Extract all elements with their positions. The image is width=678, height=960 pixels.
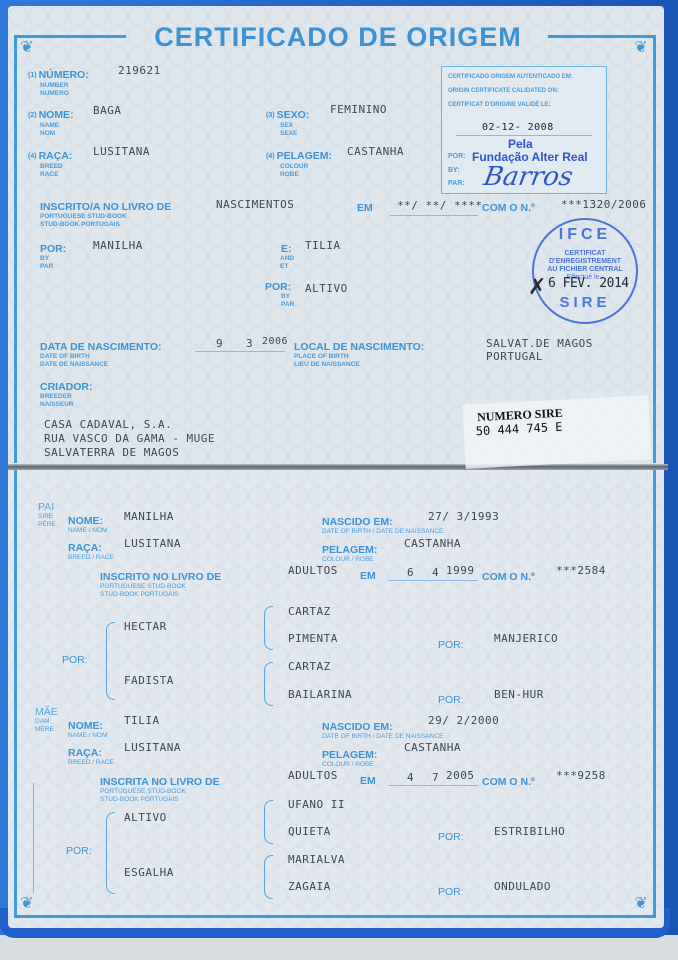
nome-sublabel: NAMENOM xyxy=(40,122,59,137)
mae-nascido-sublabel: DATE OF BIRTH / DATE DE NAISSANCE xyxy=(322,733,443,741)
sublabel-text: PORTUGUESE STUD-BOOK xyxy=(100,583,186,590)
mae-sire-sire-value: UFANO II xyxy=(288,798,345,811)
numero-value: 219621 xyxy=(118,64,161,77)
ornament-corner-icon: ❦ xyxy=(630,37,652,59)
auth-por-label: POR: xyxy=(448,153,466,160)
pai-sublabel: SIREPÈRE xyxy=(38,513,56,528)
numero-label: (1)NÚMERO: xyxy=(28,70,89,81)
frame-line xyxy=(14,35,17,463)
auth-date: 02-12- 2008 xyxy=(482,122,554,133)
date-underline xyxy=(390,215,478,216)
pelagem-sublabel: COLOURROBE xyxy=(280,163,308,178)
breeder-line: CASA CADAVAL, S.A. xyxy=(44,418,172,431)
mae-nascido-label: NASCIDO EM: xyxy=(322,722,393,733)
por-label: POR: xyxy=(40,244,66,255)
mae-inscrito-label: INSCRITA NO LIVRO DE xyxy=(100,777,220,788)
inscrito-sublabel: PORTUGUESE STUD-BOOKSTUD-BOOK PORTUGAIS xyxy=(40,213,127,228)
dam-value: TILIA xyxy=(305,239,341,252)
pai-com-value: ***2584 xyxy=(556,564,606,577)
birthplace-sublabel: PLACE OF BIRTHLIEU DE NAISSANCE xyxy=(294,353,360,368)
mae-em-year: 2005 xyxy=(446,769,475,782)
date-underline xyxy=(195,351,285,352)
ornament-corner-icon: ❦ xyxy=(630,893,652,915)
raca-value: LUSITANA xyxy=(93,145,150,158)
mae-sire-dam-value: QUIETA xyxy=(288,825,331,838)
pai-raca-sublabel: BREED / RACE xyxy=(68,554,114,562)
pai-em-day: 6 xyxy=(407,566,414,579)
field-number: (1) xyxy=(28,72,37,79)
mae-em-month: 7 xyxy=(432,771,439,784)
sexo-value: FEMININO xyxy=(330,103,387,116)
pai-sire-dam-value: PIMENTA xyxy=(288,632,338,645)
sublabel-text: SIRE xyxy=(38,513,53,520)
pai-nome-sublabel: NAME / NOM xyxy=(68,527,107,535)
sexo-sublabel: SEXSEXE xyxy=(280,122,297,137)
date-underline xyxy=(456,135,592,136)
pai-nascido-label: NASCIDO EM: xyxy=(322,517,393,528)
pai-pelagem-value: CASTANHA xyxy=(404,537,461,550)
auth-par-label: PAR: xyxy=(448,180,465,187)
sublabel-text: BREEDER xyxy=(40,393,72,400)
sublabel-text: NOM xyxy=(40,130,55,137)
birthplace-label: LOCAL DE NASCIMENTO: xyxy=(294,342,424,353)
pai-com-label: COM O N.º xyxy=(482,572,535,583)
birthplace-line: SALVAT.DE MAGOS xyxy=(486,337,593,350)
mae-sire-dam-por-label: POR: xyxy=(438,832,464,843)
inscrito-em-label: EM xyxy=(357,203,373,214)
frame-line xyxy=(14,470,17,918)
mae-pelagem-label: PELAGEM: xyxy=(322,750,377,761)
pedigree-bracket xyxy=(264,800,273,844)
pai-nome-value: MANILHA xyxy=(124,510,174,523)
breeder-line: SALVATERRA DE MAGOS xyxy=(44,446,179,459)
mae-nascido-value: 29/ 2/2000 xyxy=(428,714,499,727)
auth-by-label: BY: xyxy=(448,167,460,174)
auth-line: CERTIFICADO ORIGEM AUTENTICADO EM: xyxy=(448,74,573,80)
field-number: (4) xyxy=(266,153,275,160)
label-text: SEXO: xyxy=(277,109,310,121)
pelagem-value: CASTANHA xyxy=(347,145,404,158)
sublabel-text: PAR xyxy=(281,301,294,308)
pai-heading: PAI xyxy=(38,502,54,513)
pai-dam-dam-por-label: POR: xyxy=(438,695,464,706)
raca-sublabel: BREEDRACE xyxy=(40,163,63,178)
pai-sire-value: HECTAR xyxy=(124,620,167,633)
auth-line: ORIGIN CERTIFICATE CALIDATED ON: xyxy=(448,88,559,94)
sublabel-text: SEXE xyxy=(280,130,297,137)
sublabel-text: NAISSEUR xyxy=(40,401,74,408)
mae-inscrito-sublabel: PORTUGUESE STUD-BOOKSTUD-BOOK PORTUGAIS xyxy=(100,788,186,803)
mae-por-label: POR: xyxy=(66,846,92,857)
sublabel-text: RACE xyxy=(40,171,58,178)
por2-sublabel: BYPAR xyxy=(281,293,294,308)
inscrito-label: INSCRITO/A NO LIVRO DE xyxy=(40,202,171,213)
nome-label: (2)NOME: xyxy=(28,110,74,121)
inscrito-com-label: COM O N.º xyxy=(482,203,535,214)
sublabel-text: STUD-BOOK PORTUGAIS xyxy=(40,221,120,228)
pai-em-year: 1999 xyxy=(446,564,475,577)
sublabel-text: PLACE OF BIRTH xyxy=(294,353,349,360)
breeder-label: CRIADOR: xyxy=(40,382,93,393)
ornament-corner-icon: ❦ xyxy=(16,893,38,915)
birth-month: 3 xyxy=(246,337,253,350)
nome-value: BAGA xyxy=(93,104,122,117)
por-sublabel: BYPAR xyxy=(40,255,53,270)
ifce-stamp-bottom: SIRE xyxy=(534,294,636,311)
date-underline xyxy=(388,580,478,581)
mae-pelagem-sublabel: COLOUR / ROBE xyxy=(322,761,374,769)
sublabel-text: COLOUR xyxy=(280,163,308,170)
inscrito-em-value: **/ **/ **** xyxy=(397,199,482,212)
document-title: CERTIFICADO DE ORIGEM xyxy=(128,22,548,53)
sublabel-text: DATE DE NAISSANCE xyxy=(40,361,108,368)
pai-pelagem-label: PELAGEM: xyxy=(322,545,377,556)
mae-sire-dam-sire-value: ESTRIBILHO xyxy=(494,825,565,838)
mae-raca-sublabel: BREED / RACE xyxy=(68,759,114,767)
stamp-line: AU FICHIER CENTRAL xyxy=(547,266,622,273)
breeder-sublabel: BREEDERNAISSEUR xyxy=(40,393,74,408)
ifce-stamp-date: 6 FEV. 2014 xyxy=(548,276,629,291)
mae-sire-value: ALTIVO xyxy=(124,811,167,824)
sublabel-text: ET xyxy=(280,263,288,270)
mae-nome-sublabel: NAME / NOM xyxy=(68,732,107,740)
field-number: (4) xyxy=(28,153,37,160)
sublabel-text: DATE OF BIRTH xyxy=(40,353,90,360)
mae-livro-value: ADULTOS xyxy=(288,769,338,782)
authentication-box: CERTIFICADO ORIGEM AUTENTICADO EM: ORIGI… xyxy=(441,66,607,194)
numero-sublabel: NUMBERNUMERO xyxy=(40,82,69,97)
pai-nome-label: NOME: xyxy=(68,516,103,527)
mae-sublabel: DAMMÈRE xyxy=(35,718,54,733)
pai-em-month: 4 xyxy=(432,566,439,579)
pedigree-bracket xyxy=(106,622,115,700)
raca-label: (4)RAÇA: xyxy=(28,151,72,162)
stamp-line: D'ENREGISTREMENT xyxy=(549,258,621,265)
pedigree-bracket xyxy=(264,662,273,706)
pedigree-bracket xyxy=(264,855,273,899)
pai-dam-dam-value: BAILARINA xyxy=(288,688,352,701)
mae-raca-label: RAÇA: xyxy=(68,748,102,759)
mae-com-value: ***9258 xyxy=(556,769,606,782)
pai-dam-value: FADISTA xyxy=(124,674,174,687)
sublabel-text: STUD-BOOK PORTUGAIS xyxy=(100,591,179,598)
birthplace-line: PORTUGAL xyxy=(486,350,543,363)
auth-line: CERTIFICAT D'ORIGINE VALIDÉ LE: xyxy=(448,102,551,108)
sublabel-text: STUD-BOOK PORTUGAIS xyxy=(100,796,179,803)
pelagem-label: (4)PELAGEM: xyxy=(266,151,332,162)
mae-pelagem-value: CASTANHA xyxy=(404,741,461,754)
pai-sire-sire-value: CARTAZ xyxy=(288,605,331,618)
background-surface xyxy=(0,935,678,960)
pai-raca-value: LUSITANA xyxy=(124,537,181,550)
sublabel-text: PAR xyxy=(40,263,53,270)
pai-pelagem-sublabel: COLOUR / ROBE xyxy=(322,556,374,564)
frame-line xyxy=(653,35,656,463)
label-text: NÚMERO: xyxy=(39,69,89,81)
sublabel-text: ROBE xyxy=(280,171,299,178)
sublabel-text: BY xyxy=(40,255,49,262)
label-text: NOME: xyxy=(39,109,74,121)
stamp-signature-icon: ✗ xyxy=(528,274,546,300)
pai-livro-value: ADULTOS xyxy=(288,564,338,577)
sublabel-text: PORTUGUESE STUD-BOOK xyxy=(40,213,127,220)
sublabel-text: PÈRE xyxy=(38,521,56,528)
e-sublabel: ANDET xyxy=(280,255,294,270)
pai-nascido-sublabel: DATE OF BIRTH / DATE DE NAISSANCE xyxy=(322,528,443,536)
dam-sire-value: ALTIVO xyxy=(305,282,348,295)
auth-stamp-line: Pela xyxy=(508,137,533,151)
pai-por-label: POR: xyxy=(62,655,88,666)
mae-raca-value: LUSITANA xyxy=(124,741,181,754)
pai-nascido-value: 27/ 3/1993 xyxy=(428,510,499,523)
label-text: PELAGEM: xyxy=(277,150,332,162)
field-number: (2) xyxy=(28,112,37,119)
page-fold xyxy=(8,464,668,470)
inscrito-com-value: ***1320/2006 xyxy=(561,198,646,211)
mae-dam-dam-sire-value: ONDULADO xyxy=(494,880,551,893)
mae-heading: MÃE xyxy=(35,707,58,718)
mae-em-day: 4 xyxy=(407,771,414,784)
sublabel-text: BY xyxy=(281,293,290,300)
frame-line xyxy=(653,470,656,918)
ornament-corner-icon: ❦ xyxy=(16,37,38,59)
pai-dam-dam-sire-value: BEN-HUR xyxy=(494,688,544,701)
sublabel-text: LIEU DE NAISSANCE xyxy=(294,361,360,368)
inscrito-value: NASCIMENTOS xyxy=(216,198,294,211)
birthdate-label: DATA DE NASCIMENTO: xyxy=(40,342,162,353)
mae-nome-value: TILIA xyxy=(124,714,160,727)
mae-dam-value: ESGALHA xyxy=(124,866,174,879)
sublabel-text: MÈRE xyxy=(35,726,54,733)
mae-dam-dam-por-label: POR: xyxy=(438,887,464,898)
mae-dam-sire-value: MARIALVA xyxy=(288,853,345,866)
signature: Barros xyxy=(481,162,575,192)
pedigree-bracket xyxy=(106,812,115,894)
sublabel-text: SEX xyxy=(280,122,293,129)
mae-com-label: COM O N.º xyxy=(482,777,535,788)
mae-dam-dam-value: ZAGAIA xyxy=(288,880,331,893)
mae-nome-label: NOME: xyxy=(68,721,103,732)
birth-year: 2006 xyxy=(262,336,288,347)
sublabel-text: PORTUGUESE STUD-BOOK xyxy=(100,788,186,795)
sublabel-text: AND xyxy=(280,255,294,262)
mae-em-label: EM xyxy=(360,776,376,787)
sublabel-text: NAME xyxy=(40,122,59,129)
frame-line xyxy=(33,783,34,893)
sire-value: MANILHA xyxy=(93,239,143,252)
breeder-line: RUA VASCO DA GAMA - MUGE xyxy=(44,432,215,445)
sublabel-text: NUMERO xyxy=(40,90,69,97)
sexo-label: (3)SEXO: xyxy=(266,110,309,121)
birth-day: 9 xyxy=(216,337,223,350)
birthdate-sublabel: DATE OF BIRTHDATE DE NAISSANCE xyxy=(40,353,108,368)
pai-raca-label: RAÇA: xyxy=(68,543,102,554)
ifce-stamp-top: IFCE xyxy=(534,226,636,244)
por2-label: POR: xyxy=(265,282,291,293)
pai-em-label: EM xyxy=(360,571,376,582)
pai-sire-dam-por-label: POR: xyxy=(438,640,464,651)
sublabel-text: NUMBER xyxy=(40,82,69,89)
pedigree-bracket xyxy=(264,606,273,650)
sublabel-text: DAM xyxy=(35,718,49,725)
pai-dam-sire-value: CARTAZ xyxy=(288,660,331,673)
frame-line xyxy=(14,915,656,918)
label-text: RAÇA: xyxy=(39,150,73,162)
stamp-line: CERTIFICAT xyxy=(564,250,605,257)
sire-number-sticker: NUMERO SIRE 50 444 745 E xyxy=(462,395,651,469)
field-number: (3) xyxy=(266,112,275,119)
date-underline xyxy=(388,785,478,786)
pai-inscrito-sublabel: PORTUGUESE STUD-BOOKSTUD-BOOK PORTUGAIS xyxy=(100,583,186,598)
e-label: E: xyxy=(281,244,292,255)
pai-inscrito-label: INSCRITO NO LIVRO DE xyxy=(100,572,221,583)
ifce-stamp: IFCE CERTIFICAT D'ENREGISTREMENT AU FICH… xyxy=(532,218,638,324)
sublabel-text: BREED xyxy=(40,163,63,170)
pai-sire-dam-sire-value: MANJERICO xyxy=(494,632,558,645)
